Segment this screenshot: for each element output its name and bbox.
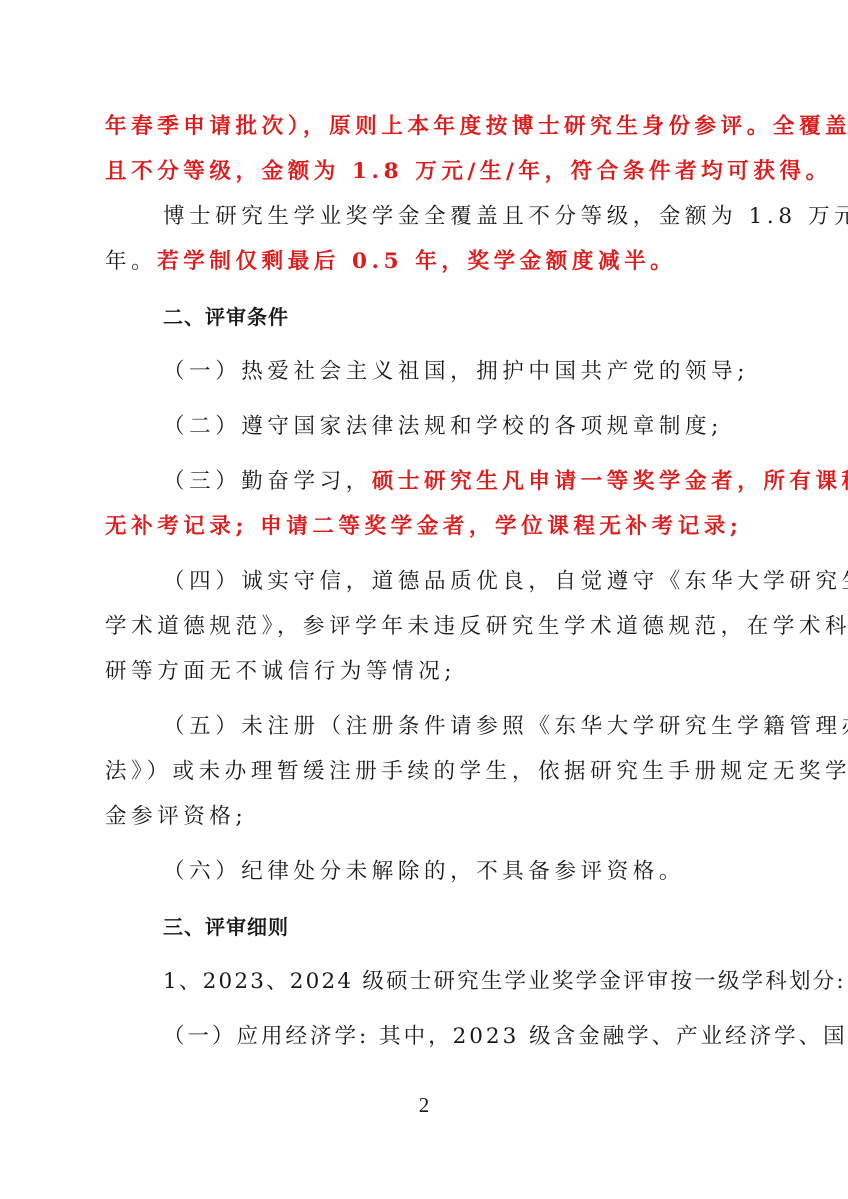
text-line: 博士研究生学业奖学金全覆盖且不分等级，金额为 1.8 万元/生/	[163, 203, 717, 231]
body-text: 学术道德规范》，参评学年未违反研究生学术道德规范，在学术科	[105, 614, 848, 639]
text-line: 学术道德规范》，参评学年未违反研究生学术道德规范，在学术科	[105, 613, 717, 641]
body-text: 年。	[105, 249, 157, 274]
section-heading: 二、评审条件	[163, 303, 717, 331]
emphasis-text: 年春季申请批次），原则上本年度按博士研究生身份参评。全覆盖	[105, 114, 848, 139]
body-text: （四）诚实守信，道德品质优良，自觉遵守《东华大学研究生	[163, 569, 848, 594]
emphasis-text: 硕士研究生凡申请一等奖学金者，所有课程	[372, 469, 848, 494]
body-text: （三）勤奋学习，	[163, 469, 372, 494]
criteria-item: （三）勤奋学习，硕士研究生凡申请一等奖学金者，所有课程	[163, 468, 717, 496]
body-text: （六）纪律处分未解除的，不具备参评资格。	[163, 859, 685, 884]
document-page: 年春季申请批次），原则上本年度按博士研究生身份参评。全覆盖 且不分等级，金额为 …	[0, 0, 848, 1199]
text-line: 1、2023、2024 级硕士研究生学业奖学金评审按一级学科划分:	[163, 968, 717, 996]
body-text: 金参评资格;	[105, 804, 247, 829]
criteria-item: （一）热爱社会主义祖国，拥护中国共产党的领导;	[163, 358, 717, 386]
body-text: 法》）或未办理暂缓注册手续的学生，依据研究生手册规定无奖学	[105, 759, 848, 784]
text-line: （一）应用经济学: 其中，2023 级含金融学、产业经济学、国	[163, 1023, 717, 1051]
body-text: （一）热爱社会主义祖国，拥护中国共产党的领导;	[163, 359, 749, 384]
emphasis-text: 且不分等级，金额为 1.8 万元/生/年，符合条件者均可获得。	[105, 159, 832, 184]
text-line: 无补考记录; 申请二等奖学金者，学位课程无补考记录;	[105, 513, 717, 541]
text-line: 研等方面无不诚信行为等情况;	[105, 658, 717, 686]
text-line: 且不分等级，金额为 1.8 万元/生/年，符合条件者均可获得。	[105, 158, 717, 186]
text-line: 法》）或未办理暂缓注册手续的学生，依据研究生手册规定无奖学	[105, 758, 717, 786]
text-line: 年春季申请批次），原则上本年度按博士研究生身份参评。全覆盖	[105, 113, 717, 141]
body-text: 1、2023、2024 级硕士研究生学业奖学金评审按一级学科划分:	[163, 969, 846, 994]
criteria-item: （六）纪律处分未解除的，不具备参评资格。	[163, 858, 717, 886]
criteria-item: （五）未注册（注册条件请参照《东华大学研究生学籍管理办	[163, 713, 717, 741]
body-text: （二）遵守国家法律法规和学校的各项规章制度;	[163, 414, 723, 439]
body-text: （五）未注册（注册条件请参照《东华大学研究生学籍管理办	[163, 714, 848, 739]
body-text: 博士研究生学业奖学金全覆盖且不分等级，金额为 1.8 万元/生/	[163, 204, 848, 229]
emphasis-text: 无补考记录; 申请二等奖学金者，学位课程无补考记录;	[105, 514, 742, 539]
body-text: 研等方面无不诚信行为等情况;	[105, 659, 456, 684]
criteria-item: （四）诚实守信，道德品质优良，自觉遵守《东华大学研究生	[163, 568, 717, 596]
text-line: 年。若学制仅剩最后 0.5 年，奖学金额度减半。	[105, 248, 717, 276]
page-number: 2	[0, 1093, 848, 1118]
emphasis-text: 若学制仅剩最后 0.5 年，奖学金额度减半。	[157, 249, 676, 274]
body-text: （一）应用经济学: 其中，2023 级含金融学、产业经济学、国	[163, 1024, 848, 1049]
section-heading: 三、评审细则	[163, 913, 717, 941]
criteria-item: （二）遵守国家法律法规和学校的各项规章制度;	[163, 413, 717, 441]
text-line: 金参评资格;	[105, 803, 717, 831]
